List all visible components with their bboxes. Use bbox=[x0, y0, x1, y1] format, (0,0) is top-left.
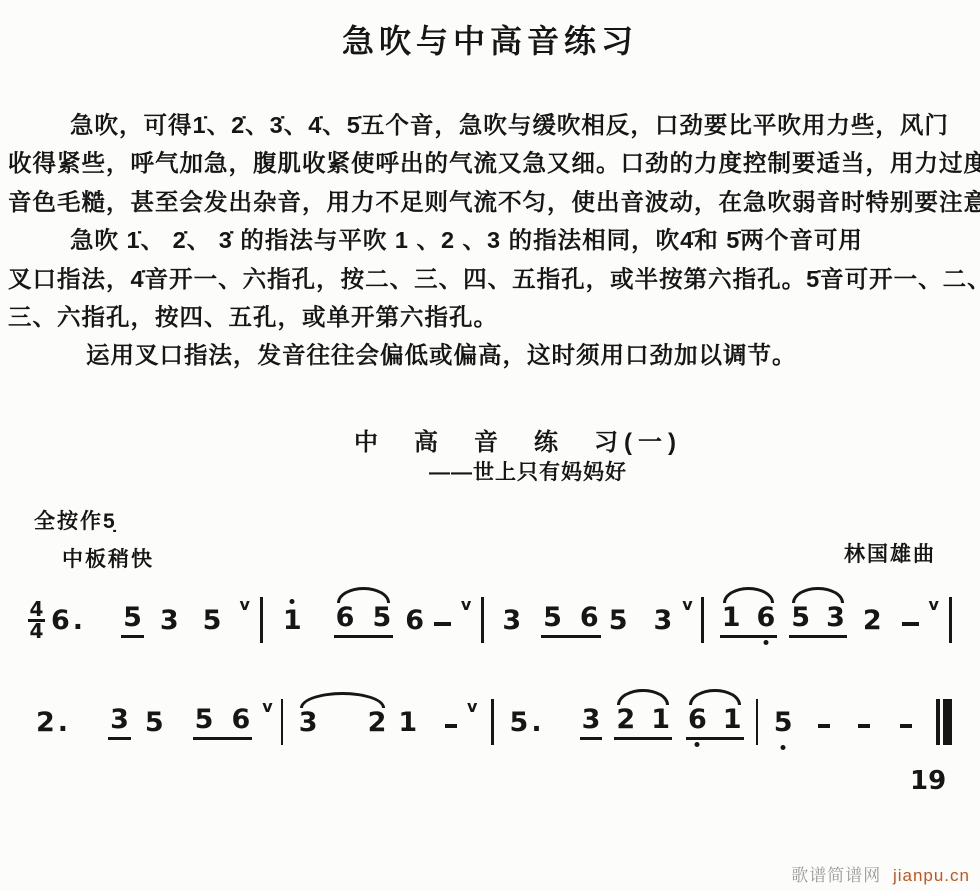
barline bbox=[281, 699, 283, 745]
time-sig-top: 4 bbox=[30, 601, 44, 618]
final-bar-thick bbox=[943, 699, 952, 745]
final-barline bbox=[936, 699, 952, 745]
text-line: 音色毛糙，甚至会发出杂音，用力不足则气流不匀，使出音波动，在急吹弱音时特别要注意… bbox=[8, 183, 958, 221]
duration-dash bbox=[902, 622, 919, 626]
watermark-site-url: jianpu.cn bbox=[893, 866, 970, 885]
key-marker: 全按作5̣ bbox=[34, 505, 117, 535]
augmentation-dot: . bbox=[531, 707, 541, 738]
note-value: 1 bbox=[651, 704, 670, 735]
barline bbox=[481, 597, 484, 643]
note-value: 5 bbox=[543, 602, 562, 633]
barline bbox=[260, 597, 263, 643]
watermark-site-name: 歌谱简谱网 bbox=[791, 866, 881, 885]
note: 3 bbox=[580, 706, 603, 740]
note-value: 1 bbox=[283, 605, 302, 636]
note: 2 bbox=[366, 709, 389, 740]
time-sig-bottom: 4 bbox=[30, 623, 44, 640]
note-group: 53 bbox=[789, 604, 847, 638]
note: 1 bbox=[396, 709, 419, 740]
text-line: 收得紧些，呼气加急，腹肌收紧使呼出的气流又急又细。口劲的力度控制要适当，用力过度 bbox=[8, 144, 958, 182]
note: 6 bbox=[578, 604, 601, 635]
augmentation-dot: . bbox=[73, 605, 83, 636]
note-value: 5 bbox=[203, 605, 222, 636]
note-value: 6 bbox=[336, 602, 355, 633]
note-value: 3 bbox=[826, 602, 845, 633]
note: 6 bbox=[403, 607, 426, 638]
breath-mark: v bbox=[461, 598, 471, 612]
slur bbox=[300, 692, 386, 708]
augmentation-dot: . bbox=[58, 707, 68, 738]
score-page: 急吹与中高音练习 急吹，可得1̇、2̇、3̇、4̇、5̇五个音，急吹与缓吹相反，… bbox=[0, 0, 980, 891]
note: 1 bbox=[721, 706, 744, 737]
note: 2 bbox=[861, 607, 884, 638]
note-value: 5 bbox=[145, 707, 164, 738]
note-value: 2 bbox=[863, 605, 882, 636]
final-bar-thin bbox=[936, 699, 940, 745]
note: 3 bbox=[652, 607, 675, 638]
note: 6 bbox=[334, 604, 357, 635]
note-value: 6 bbox=[580, 602, 599, 633]
note: 6 bbox=[229, 706, 252, 737]
note-value: 5 bbox=[123, 602, 142, 633]
note: 5 bbox=[607, 607, 630, 638]
note: 5. bbox=[508, 709, 544, 740]
slur bbox=[617, 689, 669, 705]
barline bbox=[756, 699, 758, 745]
music-line-1: 446.535v1656v35653v16532v bbox=[28, 574, 952, 638]
note-group: 65 bbox=[334, 604, 394, 638]
note: 3 bbox=[824, 604, 847, 635]
note-value: 3 bbox=[160, 605, 179, 636]
duration-dash bbox=[900, 724, 912, 728]
note-group: 61 bbox=[686, 706, 744, 740]
page-title: 急吹与中高音练习 bbox=[0, 16, 980, 62]
note-value: 3 bbox=[110, 704, 129, 735]
octave-dot-low bbox=[781, 745, 786, 750]
note-group: 16 bbox=[720, 604, 778, 638]
note-value: 5 bbox=[791, 602, 810, 633]
page-number: 19 bbox=[910, 766, 946, 796]
note: 5 bbox=[201, 607, 224, 638]
note: 5 bbox=[370, 604, 393, 635]
instruction-text: 急吹，可得1̇、2̇、3̇、4̇、5̇五个音，急吹与缓吹相反，口劲要比平吹用力些… bbox=[8, 106, 958, 375]
watermark: 歌谱简谱网 jianpu.cn bbox=[791, 861, 970, 886]
text-line: 三、六指孔，按四、五孔，或单开第六指孔。 bbox=[8, 298, 958, 336]
note: 6 bbox=[686, 706, 709, 737]
breath-mark: v bbox=[929, 598, 939, 612]
note-value: 2 bbox=[368, 707, 387, 738]
note: 6 bbox=[755, 604, 778, 635]
barline bbox=[701, 597, 704, 643]
note-value: 6 bbox=[757, 602, 776, 633]
note: 5 bbox=[143, 709, 166, 740]
barline bbox=[949, 597, 952, 643]
note-value: 2 bbox=[36, 707, 55, 738]
breath-mark: v bbox=[239, 598, 249, 612]
note-value: 6 bbox=[405, 605, 424, 636]
composer-credit: 林国雄曲 bbox=[844, 538, 936, 568]
note-value: 3 bbox=[654, 605, 673, 636]
note: 6. bbox=[49, 607, 85, 638]
text-line: 急吹，可得1̇、2̇、3̇、4̇、5̇五个音，急吹与缓吹相反，口劲要比平吹用力些… bbox=[8, 106, 958, 144]
piece-title: 中 高 音 练 习(一) bbox=[56, 422, 980, 457]
slur bbox=[723, 587, 775, 603]
octave-dot-low bbox=[695, 742, 700, 747]
breath-mark: v bbox=[262, 700, 272, 714]
note-value: 6 bbox=[688, 704, 707, 735]
note: 5 bbox=[789, 604, 812, 635]
duration-dash bbox=[858, 724, 870, 728]
note-value: 6 bbox=[51, 605, 70, 636]
note-value: 5 bbox=[609, 605, 628, 636]
duration-dash bbox=[434, 622, 451, 626]
note: 1 bbox=[649, 706, 672, 737]
note-value: 2 bbox=[616, 704, 635, 735]
note-value: 3 bbox=[582, 704, 601, 735]
tempo-marker: 中板稍快 bbox=[62, 543, 154, 573]
note: 3 bbox=[500, 607, 523, 638]
time-signature: 44 bbox=[28, 601, 45, 640]
piece-subtitle: ——世上只有妈妈好 bbox=[76, 456, 980, 486]
note-group: 56 bbox=[193, 706, 253, 740]
note: 2. bbox=[34, 709, 70, 740]
note-value: 5 bbox=[372, 602, 391, 633]
text-line: 急吹 1̇、 2̇、 3̇ 的指法与平吹 1 、2 、3 的指法相同，吹4̇和 … bbox=[8, 221, 958, 259]
note-value: 6 bbox=[231, 704, 250, 735]
duration-dash bbox=[818, 724, 830, 728]
note: 5 bbox=[541, 604, 564, 635]
note: 3 bbox=[297, 709, 320, 740]
barline bbox=[491, 699, 493, 745]
note: 5 bbox=[193, 706, 216, 737]
note-value: 1 bbox=[722, 602, 741, 633]
note: 1 bbox=[281, 607, 304, 638]
octave-dot-high bbox=[290, 599, 295, 604]
slur bbox=[689, 689, 741, 705]
text-line: 运用叉口指法，发音往往会偏低或偏高，这时须用口劲加以调节。 bbox=[8, 336, 958, 374]
text-line: 叉口指法，4̇音开一、六指孔，按二、三、四、五指孔，或半按第六指孔。5̇音可开一… bbox=[8, 260, 958, 298]
note-value: 5 bbox=[774, 707, 793, 738]
note: 1 bbox=[720, 604, 743, 635]
note-value: 1 bbox=[723, 704, 742, 735]
note: 3 bbox=[158, 607, 181, 638]
note-value: 5 bbox=[195, 704, 214, 735]
note-group: 32 bbox=[297, 709, 389, 740]
note-value: 1 bbox=[398, 707, 417, 738]
octave-dot-low bbox=[763, 640, 768, 645]
music-line-2: 2.3556v321v5.321615 bbox=[28, 676, 952, 740]
breath-mark: v bbox=[467, 700, 477, 714]
note: 5 bbox=[121, 604, 144, 638]
duration-dash bbox=[445, 724, 457, 728]
note-value: 5 bbox=[510, 707, 529, 738]
note-value: 3 bbox=[299, 707, 318, 738]
note: 5 bbox=[772, 709, 795, 740]
breath-mark: v bbox=[682, 598, 692, 612]
note-group: 56 bbox=[541, 604, 601, 638]
slur bbox=[792, 587, 844, 603]
note: 3 bbox=[108, 706, 131, 740]
note-group: 21 bbox=[614, 706, 672, 740]
note-value: 3 bbox=[502, 605, 521, 636]
slur bbox=[337, 587, 391, 603]
note: 2 bbox=[614, 706, 637, 737]
